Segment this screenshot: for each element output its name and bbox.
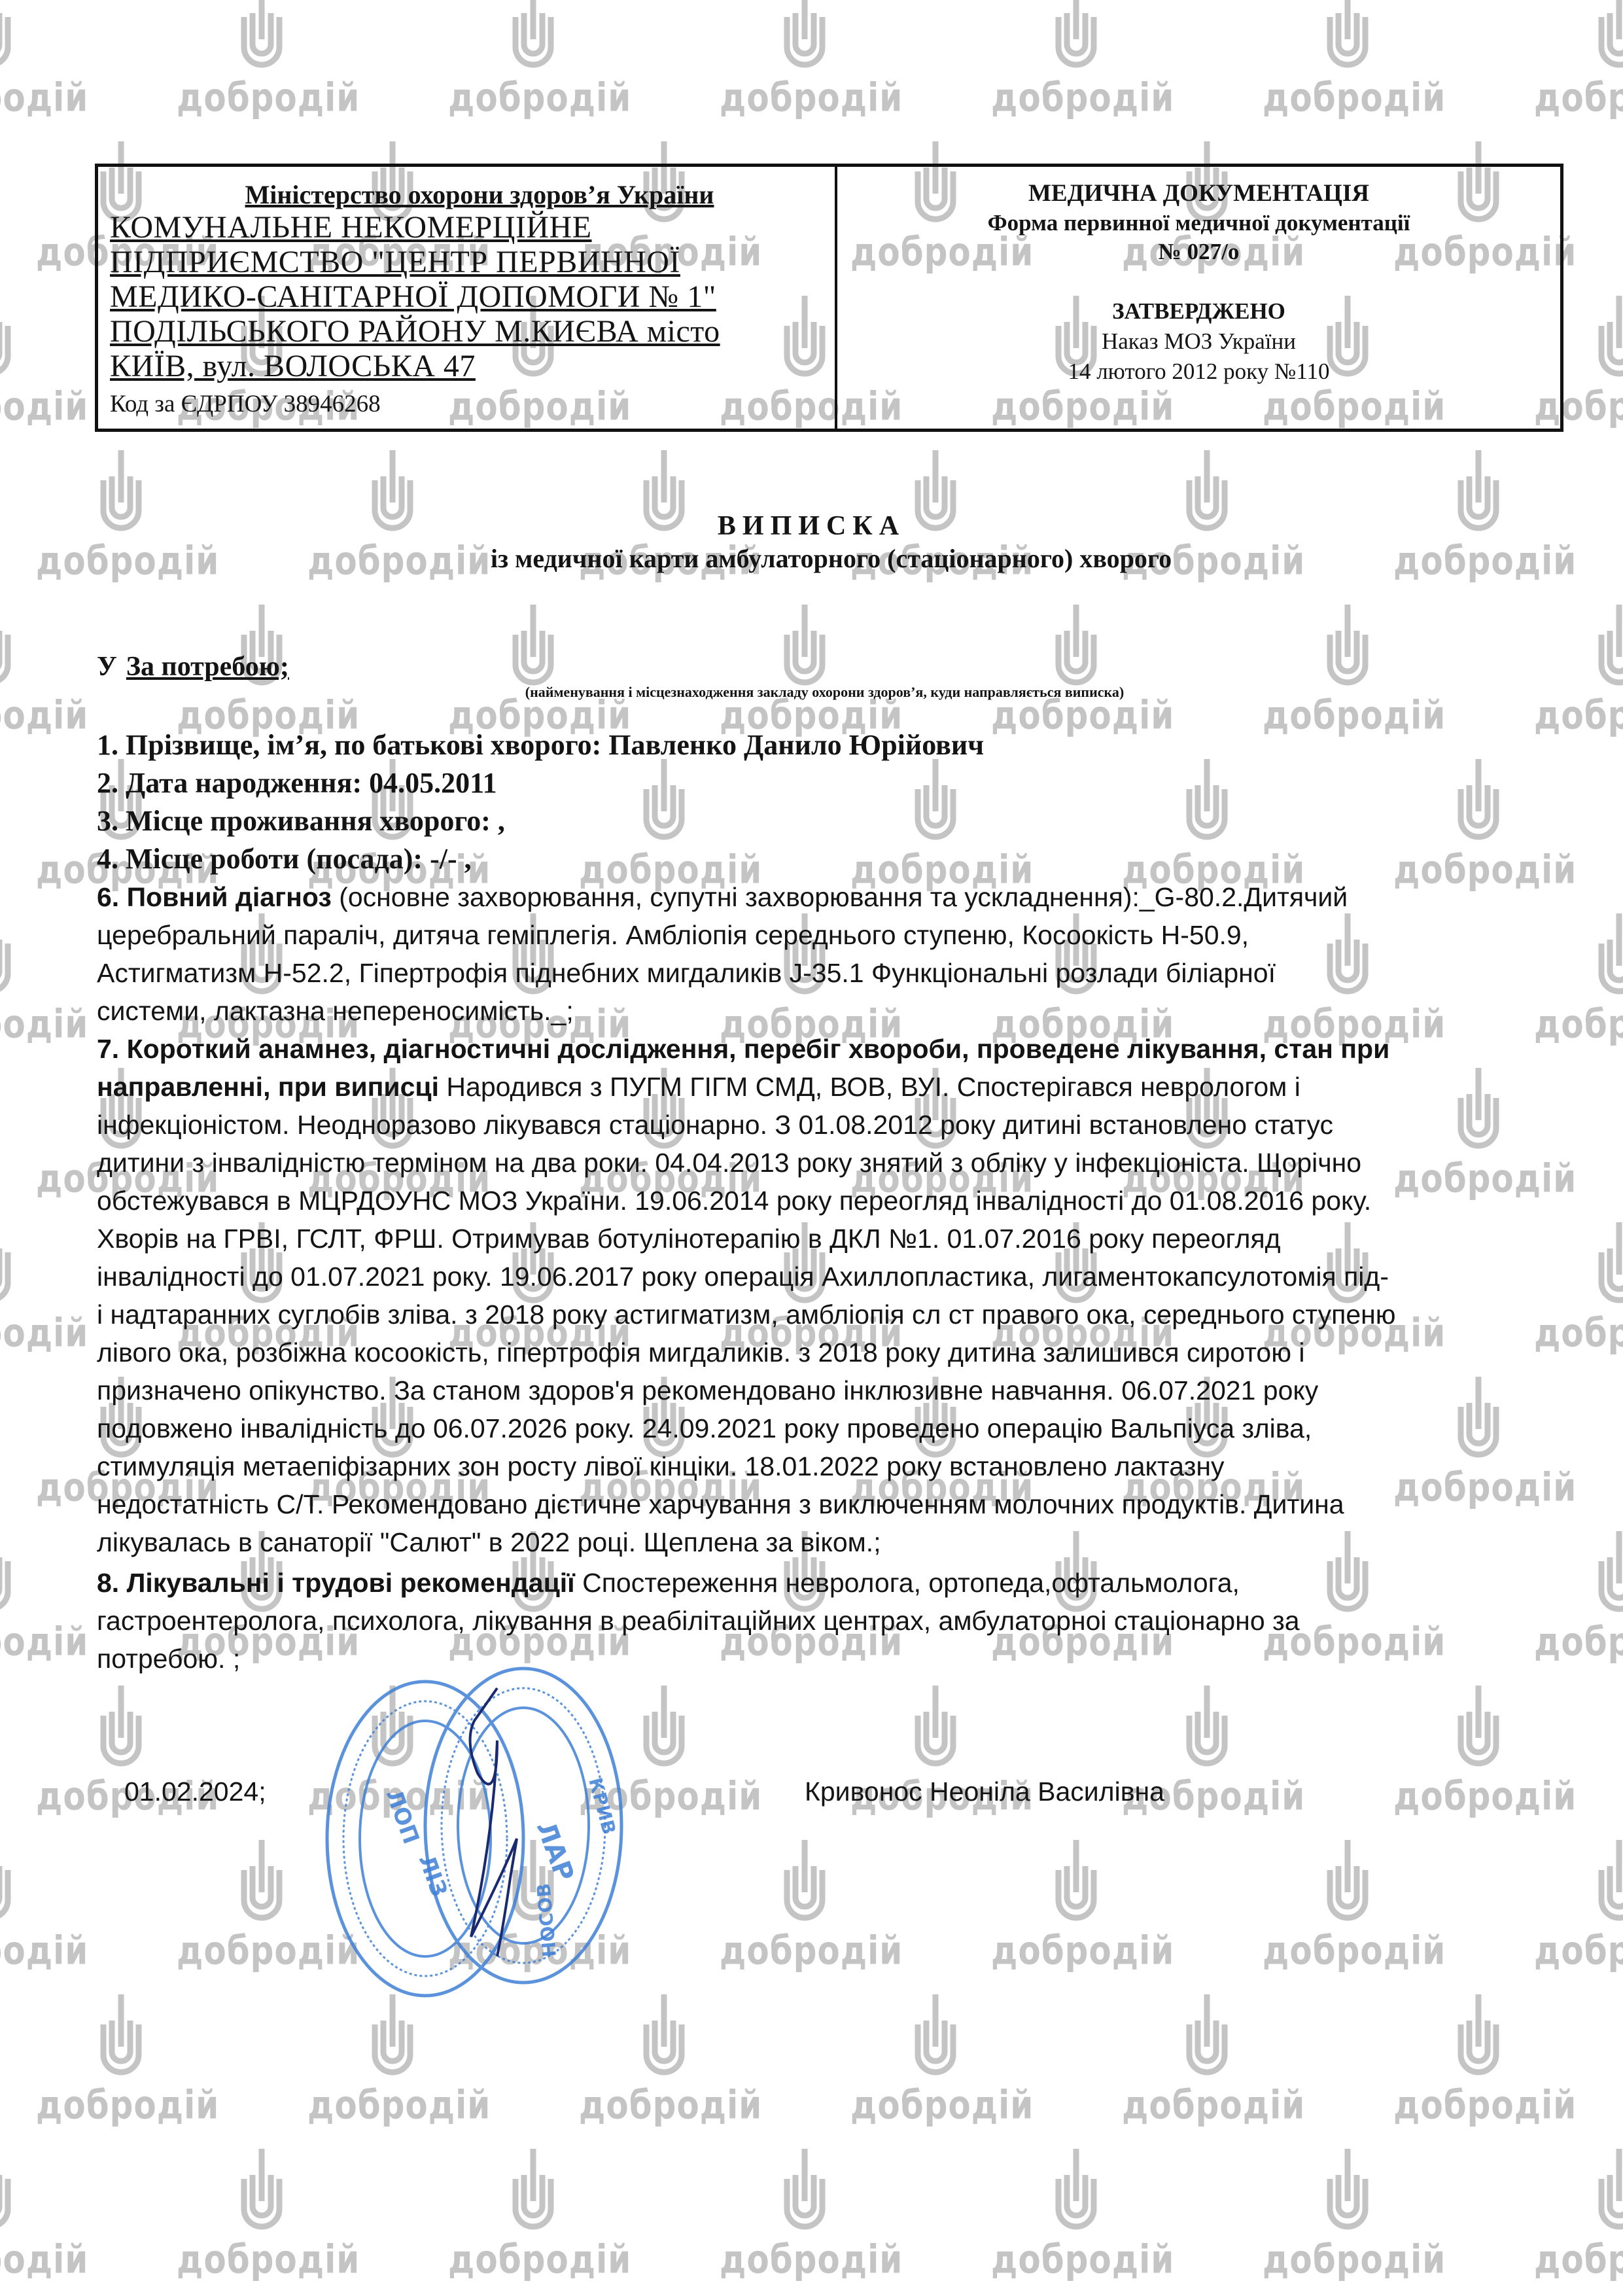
diagnosis-line: церебральний параліч, дитяча геміплегія.… [97, 916, 1595, 954]
anamnesis-line: лікувалась в санаторії "Салют" в 2022 ро… [97, 1523, 1595, 1561]
form-name: Форма первинної медичної документації [837, 209, 1560, 238]
field-patient-name: 1. Прізвище, ім’я, по батькові хворого: … [97, 726, 1595, 764]
field-workplace: 4. Місце роботи (посада): -/- , [97, 840, 1595, 878]
recipient-value: За потребою; [117, 652, 289, 682]
anamnesis-line: Хворів на ГРВІ, ГСЛТ, ФРШ. Отримував бот… [97, 1220, 1595, 1258]
anamnesis-text: Народився з ПУГМ ГІГМ СМД, ВОВ, ВУІ. Спо… [439, 1072, 1300, 1102]
anamnesis-line: стимуляція метаепіфізарних зон росту лів… [97, 1447, 1595, 1485]
edrpou-code: Код за ЄДРПОУ 38946268 [98, 390, 835, 418]
round-seal-stamp-icon: ЛОП ЛІЗ ЛАР КРИВ НОСОВ [307, 1662, 700, 2002]
document-body: 1. Прізвище, ім’я, по батькові хворого: … [97, 726, 1595, 1678]
diagnosis-label: 6. Повний діагноз [97, 882, 332, 912]
anamnesis-line: подовжено інвалідність до 06.07.2026 рок… [97, 1409, 1595, 1447]
recipient-line: УЗа потребою; [97, 651, 289, 682]
anamnesis-line: лівого ока, розбіжна косоокість, гіпертр… [97, 1333, 1595, 1371]
anamnesis-line: обстежувався в МЦРДОУНС МОЗ України. 19.… [97, 1182, 1595, 1220]
recommendations-text: Спостереження невролога, ортопеда,офталь… [575, 1568, 1240, 1598]
anamnesis-first-line: направленні, при виписці Народився з ПУГ… [97, 1068, 1595, 1106]
anamnesis-label-line: 7. Короткий анамнез, діагностичні дослід… [97, 1034, 1389, 1064]
anamnesis-line: дитини з інвалідністю терміном на два ро… [97, 1144, 1595, 1182]
approved-label: ЗАТВЕРДЖЕНО [837, 296, 1560, 327]
svg-text:ЛІЗ: ЛІЗ [413, 1851, 453, 1900]
field-residence: 3. Місце проживання хворого: , [97, 802, 1595, 840]
svg-text:ЛОП: ЛОП [381, 1786, 425, 1847]
svg-text:НОСОВ: НОСОВ [532, 1882, 561, 1958]
anamnesis-line: призначено опікунство. За станом здоров'… [97, 1371, 1595, 1409]
order-name: Наказ МОЗ України [837, 327, 1560, 357]
field-birth-date: 2. Дата народження: 04.05.2011 [97, 764, 1595, 802]
svg-text:ЛАР: ЛАР [531, 1818, 580, 1886]
header-box: Міністерство охорони здоров’я України КО… [95, 164, 1563, 432]
document-subtitle: із медичної карти амбулаторного (стаціон… [0, 543, 1623, 574]
form-number: № 027/о [837, 238, 1560, 266]
anamnesis-line: недостатність С/Т. Рекомендовано дієтичн… [97, 1485, 1595, 1523]
ministry-name: Міністерство охорони здоров’я України [98, 180, 835, 210]
field-diagnosis: 6. Повний діагноз (основне захворювання,… [97, 878, 1595, 916]
organization-line: КОМУНАЛЬНЕ НЕКОМЕРЦІЙНЕ [98, 210, 835, 245]
recommendations-line: гастроентеролога, психолога, лікування в… [97, 1602, 1595, 1640]
recommendations-label: 8. Лікувальні і трудові рекомендації [97, 1568, 575, 1598]
diagnosis-text: (основне захворювання, супутні захворюва… [332, 882, 1348, 912]
organization-line: ПІДПРИЄМСТВО "ЦЕНТР ПЕРВИННОЇ [98, 245, 835, 279]
recipient-note: (найменування і місцезнаходження закладу… [0, 684, 1623, 701]
issue-date: 01.02.2024; [124, 1776, 266, 1807]
institution-block: Міністерство охорони здоров’я України КО… [98, 167, 837, 429]
anamnesis-label: 7. Короткий анамнез, діагностичні дослід… [97, 1030, 1595, 1068]
diagnosis-line: системи, лактазна непереносимість._; [97, 992, 1595, 1030]
anamnesis-line: і надтаранних суглобів зліва. з 2018 рок… [97, 1296, 1595, 1333]
medical-extract-document: Міністерство охорони здоров’я України КО… [0, 0, 1623, 2296]
organization-line: МЕДИКО-САНІТАРНОЇ ДОПОМОГИ № 1" [98, 279, 835, 314]
recommendations-first-line: 8. Лікувальні і трудові рекомендації Спо… [97, 1564, 1595, 1602]
organization-line: ПОДІЛЬСЬКОГО РАЙОНУ М.КИЄВА місто [98, 314, 835, 349]
recipient-prefix: У [97, 652, 117, 682]
form-info-block: МЕДИЧНА ДОКУМЕНТАЦІЯ Форма первинної мед… [837, 167, 1560, 429]
organization-address: КИЇВ, вул. ВОЛОСЬКА 47 [98, 349, 835, 383]
order-date: 14 лютого 2012 року №110 [837, 357, 1560, 387]
anamnesis-line: інфекціоністом. Неодноразово лікувався с… [97, 1106, 1595, 1144]
medical-documentation-title: МЕДИЧНА ДОКУМЕНТАЦІЯ [837, 179, 1560, 209]
document-title: ВИПИСКА [0, 510, 1623, 542]
diagnosis-line: Астигматизм Н-52.2, Гіпертрофія піднебни… [97, 954, 1595, 992]
doctor-name: Кривонос Неоніла Василівна [805, 1776, 1164, 1807]
anamnesis-line: інвалідності до 01.07.2021 року. 19.06.2… [97, 1258, 1595, 1296]
anamnesis-label-line: направленні, при виписці [97, 1072, 439, 1102]
